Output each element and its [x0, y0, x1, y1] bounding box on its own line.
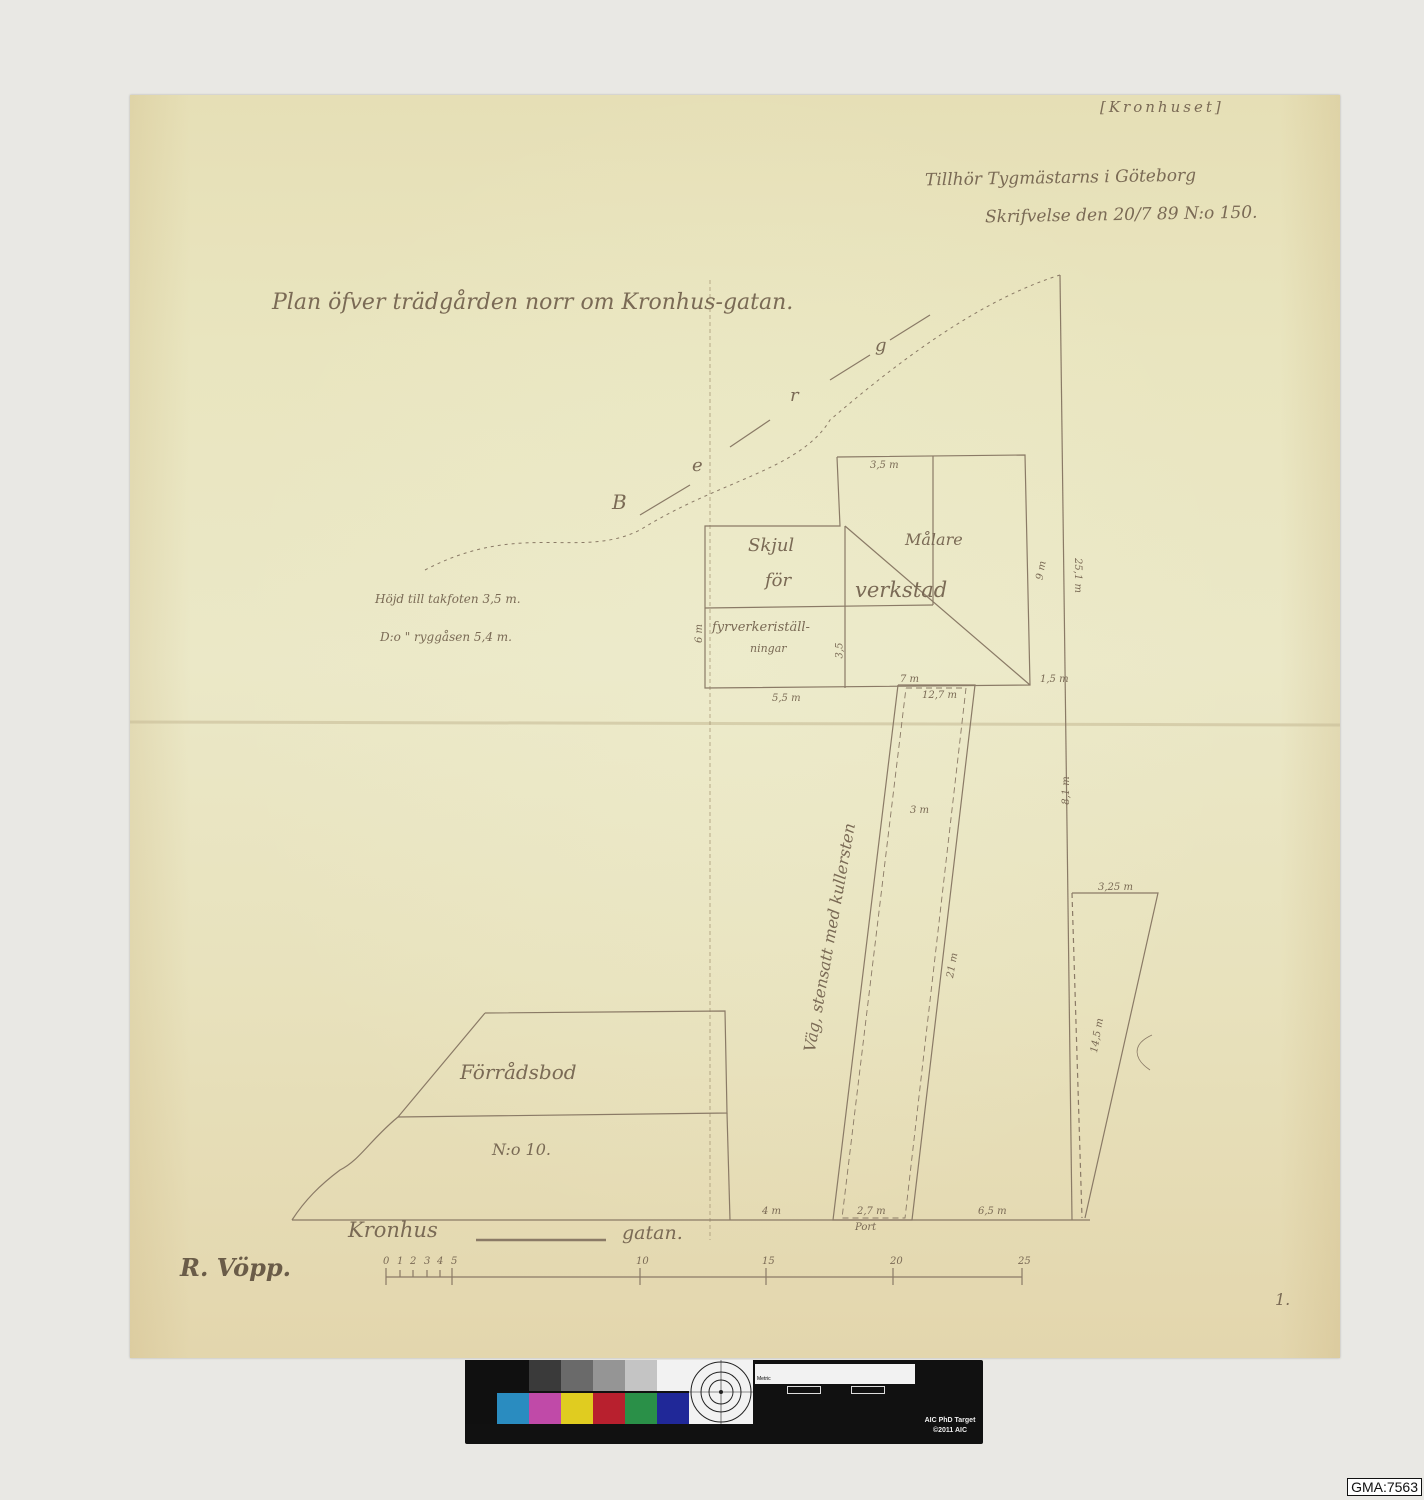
focus-target-icon — [689, 1360, 753, 1424]
dim-skjul-bottom: 5,5 m — [772, 693, 801, 704]
signature: R. Vöpp. — [180, 1253, 291, 1282]
building-label-fyrverkeri-2: ningar — [750, 642, 787, 655]
height-note-2: D:o " ryggåsen 5,4 m. — [380, 630, 512, 644]
scale-tick-10: 10 — [636, 1256, 649, 1267]
dim-right-upper: 25,1 m — [1072, 558, 1083, 593]
boundary-letter-r: r — [790, 385, 799, 406]
color-patch-blue — [657, 1393, 689, 1424]
scale-tick-25: 25 — [1018, 1256, 1031, 1267]
dim-skjul-mid: 3,5 — [834, 643, 845, 659]
building-label-fyrverkeri-1: fyrverkeriställ- — [712, 620, 810, 635]
dim-skjul-left: 6 m — [694, 624, 705, 643]
street-label-right: gatan. — [622, 1222, 683, 1244]
dim-road-top-inner: 12,7 m — [922, 690, 957, 701]
gate-label: Port — [855, 1222, 876, 1233]
target-brand-2: ©2011 AIC — [920, 1426, 980, 1435]
building-label-malare: Målare — [905, 530, 963, 549]
color-patch-yellow — [561, 1393, 593, 1424]
scale-tick-5: 5 — [451, 1256, 457, 1267]
color-calibration-target: Metric AIC PhD Target ©2011 AIC — [465, 1360, 983, 1444]
gray-patch-2 — [529, 1360, 561, 1391]
gray-patch-3 — [561, 1360, 593, 1391]
dim-road-width: 3 m — [910, 805, 929, 816]
dim-annex-top: 3,25 m — [1098, 882, 1133, 893]
scale-tick-2: 2 — [410, 1256, 416, 1267]
boundary-letter-g: g — [875, 335, 887, 356]
map-title: Plan öfver trädgården norr om Kronhus-ga… — [272, 290, 793, 315]
boundary-letter-e: e — [692, 455, 703, 476]
dim-corner: 1,5 m — [1040, 674, 1069, 685]
boundary-letter-b: B — [612, 490, 627, 514]
scale-tick-1: 1 — [397, 1256, 403, 1267]
color-patch-green — [625, 1393, 657, 1424]
plot-number: N:o 10. — [492, 1140, 551, 1159]
color-patch-magenta — [529, 1393, 561, 1424]
color-patch-red — [593, 1393, 625, 1424]
building-label-verkstad: verkstad — [855, 578, 947, 602]
gray-patch-1 — [497, 1360, 529, 1391]
building-label-for: för — [765, 570, 791, 591]
image-id-label: GMA:7563 — [1347, 1478, 1422, 1496]
gray-patch-5 — [625, 1360, 657, 1391]
street-label-left: Kronhus — [348, 1218, 438, 1242]
dim-bottom-a: 4 m — [762, 1206, 781, 1217]
catalog-note: [Kronhuset] — [1100, 98, 1224, 116]
building-label-forradsbod: Förrådsbod — [460, 1060, 577, 1084]
dim-right-lower: 8,1 m — [1061, 776, 1072, 805]
page-mark: 1. — [1275, 1290, 1290, 1309]
metric-ruler: Metric — [755, 1364, 915, 1384]
scale-tick-0: 0 — [383, 1256, 389, 1267]
color-patch-cyan — [497, 1393, 529, 1424]
gray-patch-6 — [657, 1360, 689, 1391]
scale-tick-4: 4 — [437, 1256, 443, 1267]
dim-road-top: 7 m — [900, 674, 919, 685]
scale-tick-3: 3 — [424, 1256, 430, 1267]
scale-tick-20: 20 — [890, 1256, 903, 1267]
dim-bottom-b: 2,7 m — [857, 1206, 886, 1217]
dim-bottom-c: 6,5 m — [978, 1206, 1007, 1217]
height-note-1: Höjd till takfoten 3,5 m. — [375, 592, 521, 606]
building-label-skjul: Skjul — [748, 535, 794, 556]
scale-tick-15: 15 — [762, 1256, 775, 1267]
target-brand-1: AIC PhD Target — [920, 1416, 980, 1425]
dim-malare-top: 3,5 m — [870, 460, 899, 471]
gray-patch-4 — [593, 1360, 625, 1391]
